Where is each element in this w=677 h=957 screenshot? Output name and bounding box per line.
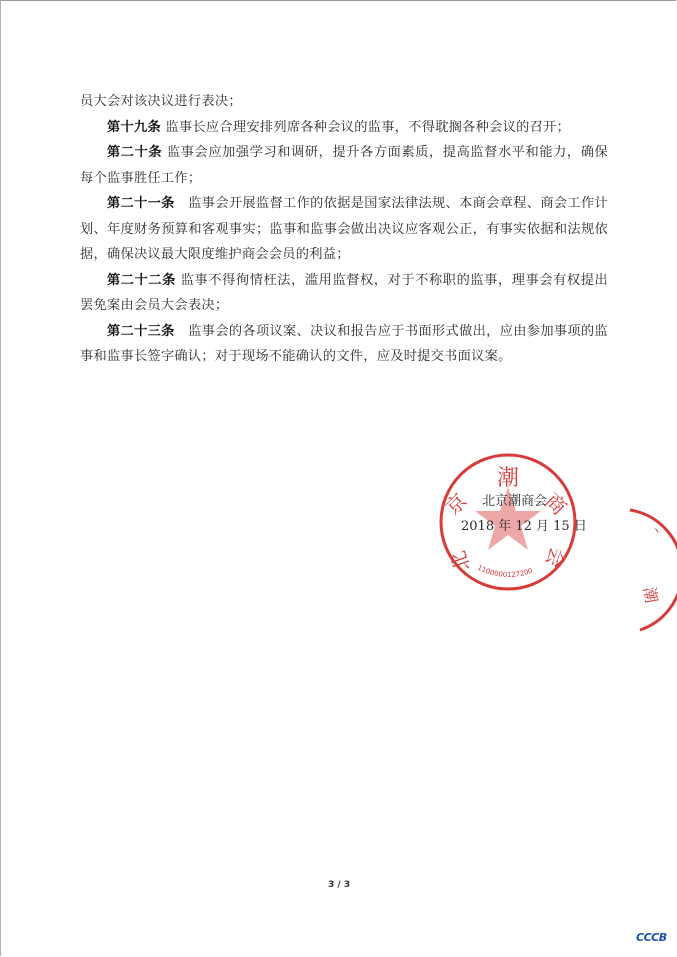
- paragraph-0: 员大会对该决议进行表决；: [80, 89, 608, 115]
- cccb-logo: CCCB: [636, 931, 667, 944]
- article-19: 第十九条 监事长应合理安排列席各种会议的监事，不得耽搁各种会议的召开；: [80, 115, 608, 141]
- article-23: 第二十三条 监事会的各项议案、决议和报告应于书面形式做出，应由参加事项的监事和监…: [80, 319, 608, 370]
- signature-date: 2018 年 12 月 15 日: [461, 515, 587, 534]
- svg-text:潮: 潮: [497, 466, 519, 491]
- svg-text:会: 会: [541, 544, 570, 571]
- partial-seal-icon: 丶 潮: [620, 505, 677, 635]
- article-heading: 第十九条: [107, 120, 161, 135]
- article-heading: 第二十一条: [107, 196, 175, 211]
- svg-text:丶: 丶: [650, 524, 662, 538]
- article-heading: 第二十条: [107, 145, 162, 160]
- svg-text:潮: 潮: [640, 585, 661, 604]
- svg-text:北: 北: [446, 548, 475, 575]
- page-number: 3 / 3: [328, 880, 350, 890]
- signature-organization: 北京潮商会: [482, 490, 547, 509]
- article-20: 第二十条 监事会应加强学习和调研，提升各方面素质，提高监督水平和能力，确保每个监…: [80, 140, 608, 191]
- article-22: 第二十二条 监事不得徇情枉法，滥用监督权，对于不称职的监事，理事会有权提出罢免案…: [80, 268, 608, 319]
- article-21: 第二十一条 监事会开展监督工作的依据是国家法律法规、本商会章程、商会工作计划、年…: [80, 191, 608, 268]
- document-body: 员大会对该决议进行表决； 第十九条 监事长应合理安排列席各种会议的监事，不得耽搁…: [80, 89, 608, 370]
- svg-text:1100000127200: 1100000127200: [476, 564, 534, 579]
- article-heading: 第二十三条: [107, 324, 175, 339]
- article-heading: 第二十二条: [107, 273, 176, 288]
